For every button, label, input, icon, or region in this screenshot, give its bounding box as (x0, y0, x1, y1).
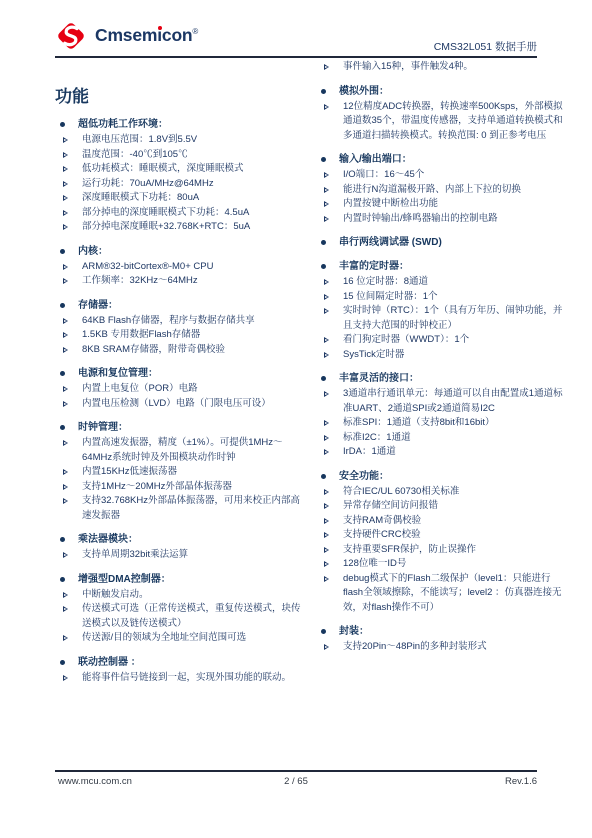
group-heading-text: 增强型DMA控制器： (78, 572, 171, 587)
feature-item: 64KB Flash存储器，程序与数据存储共享 (55, 314, 305, 329)
feature-item: 支持单周期32bit乘法运算 (55, 548, 305, 563)
brand-letter-i-red-dot: i (157, 25, 162, 45)
feature-group: 模拟外围：12位精度ADC转换器，转换速率500Ksps，外部模拟通道数35个，… (316, 84, 564, 144)
feature-group: 丰富的定时器：16 位定时器：8通道15 位间隔定时器：1个实时时钟（RTC）：… (316, 259, 564, 362)
feature-item-text: 能将事件信号链接到一起，实现外围功能的联动。 (82, 671, 305, 686)
feature-item: 支持重要SFR保护，防止误操作 (316, 543, 564, 558)
feature-item: 内置15KHz低速振荡器 (55, 465, 305, 480)
feature-item: 传送模式可选（正常传送模式，重复传送模式，块传送模式以及链传送模式） (55, 602, 305, 631)
feature-item: 16 位定时器：8通道 (316, 275, 564, 290)
group-heading: 丰富灵活的接口： (316, 371, 564, 386)
feature-item: 内置高速发振器，精度（±1%）。可提供1MHz～64MHz系统时钟及外围模块动作… (55, 436, 305, 465)
group-heading: 存储器： (55, 298, 305, 313)
feature-item: SysTick定时器 (316, 348, 564, 363)
feature-item-text: 12位精度ADC转换器，转换速率500Ksps，外部模拟通道数35个，带温度传感… (343, 100, 564, 144)
group-heading-text: 丰富灵活的接口： (339, 371, 419, 386)
header-logo: Cmsemicon® (54, 17, 198, 55)
group-heading-text: 安全功能： (339, 469, 389, 484)
feature-item: 3通道串行通讯单元：每通道可以自由配置成1通道标准UART、2通道SPI或2通道… (316, 387, 564, 416)
feature-item: 内置上电复位（POR）电路 (55, 382, 305, 397)
feature-group: 封装：支持20Pin～48Pin的多种封装形式 (316, 624, 564, 655)
group-heading-text: 联动控制器 ： (78, 655, 141, 670)
group-heading: 乘法器模块： (55, 532, 305, 547)
group-heading-text: 输入/输出端口： (339, 152, 412, 167)
feature-item: 128位唯一ID号 (316, 557, 564, 572)
feature-item-text: 内置高速发振器，精度（±1%）。可提供1MHz～64MHz系统时钟及外围模块动作… (82, 436, 305, 465)
feature-item: 支持RAM奇偶校验 (316, 514, 564, 529)
feature-group: 输入/输出端口：I/O端口：16～45个能进行N沟道漏极开路、内部上下拉的切换内… (316, 152, 564, 226)
feature-item-text: 工作频率：32KHz～64MHz (82, 274, 305, 289)
feature-item: 8KB SRAM存储器，附带奇偶校验 (55, 343, 305, 358)
feature-item-text: 标准SPI：1通道（支持8bit和16bit） (343, 416, 564, 431)
feature-item-text: 支持20Pin～48Pin的多种封装形式 (343, 640, 564, 655)
feature-item-text: 事件输入15种，事件触发4种。 (343, 60, 564, 75)
feature-item-text: 128位唯一ID号 (343, 557, 564, 572)
group-heading-text: 电源和复位管理： (78, 366, 158, 381)
feature-item-text: 异常存储空间访问报错 (343, 499, 564, 514)
feature-item-text: 3通道串行通讯单元：每通道可以自由配置成1通道标准UART、2通道SPI或2通道… (343, 387, 564, 416)
feature-group: 联动控制器 ：能将事件信号链接到一起，实现外围功能的联动。 (55, 655, 305, 686)
group-heading-text: 时钟管理： (78, 420, 128, 435)
footer-revision: Rev.1.6 (505, 776, 537, 787)
feature-item-text: 支持硬件CRC校验 (343, 528, 564, 543)
feature-item: 支持20Pin～48Pin的多种封装形式 (316, 640, 564, 655)
feature-group: 超低功耗工作环境：电源电压范围：1.8V到5.5V温度范围：-40℃到105℃低… (55, 117, 305, 235)
feature-item-text: 支持RAM奇偶校验 (343, 514, 564, 529)
feature-item: ARM®32-bitCortex®-M0+ CPU (55, 260, 305, 275)
feature-item: IrDA：1通道 (316, 445, 564, 460)
feature-item: 低功耗模式：睡眠模式，深度睡眠模式 (55, 162, 305, 177)
feature-item-text: 内置电压检测（LVD）电路（门限电压可设） (82, 397, 305, 412)
group-heading: 封装： (316, 624, 564, 639)
feature-item: 符合IEC/UL 60730相关标准 (316, 485, 564, 500)
feature-item: 1.5KB 专用数据Flash存储器 (55, 328, 305, 343)
brand-text-prefix: Cmsem (95, 25, 157, 45)
group-heading: 串行两线调试器 (SWD) (316, 235, 564, 250)
feature-item: 深度睡眠模式下功耗：80uA (55, 191, 305, 206)
document-title: CMS32L051 数据手册 (434, 39, 537, 54)
group-heading-text: 丰富的定时器： (339, 259, 409, 274)
feature-item: 传送源/目的领域为全地址空间范围可选 (55, 631, 305, 646)
feature-item: 事件输入15种，事件触发4种。 (316, 60, 564, 75)
feature-group: 串行两线调试器 (SWD) (316, 235, 564, 250)
feature-group: 内核：ARM®32-bitCortex®-M0+ CPU工作频率：32KHz～6… (55, 244, 305, 289)
feature-item: 中断触发启动。 (55, 588, 305, 603)
feature-item-text: 内置上电复位（POR）电路 (82, 382, 305, 397)
feature-group: 存储器：64KB Flash存储器，程序与数据存储共享1.5KB 专用数据Fla… (55, 298, 305, 358)
feature-item: 支持硬件CRC校验 (316, 528, 564, 543)
feature-item-text: debug模式下的Flash二级保护（level1：只能进行flash全领域擦除… (343, 572, 564, 616)
feature-item-text: 15 位间隔定时器：1个 (343, 290, 564, 305)
group-heading-text: 乘法器模块： (78, 532, 138, 547)
feature-item-text: 低功耗模式：睡眠模式，深度睡眠模式 (82, 162, 305, 177)
brand-wordmark: Cmsemicon® (95, 27, 198, 45)
feature-item-text: 支持单周期32bit乘法运算 (82, 548, 305, 563)
group-heading-text: 存储器： (78, 298, 118, 313)
feature-item-text: 支持32.768KHz外部晶体振荡器，可用来校正内部高速发振器 (82, 494, 305, 523)
group-heading: 电源和复位管理： (55, 366, 305, 381)
group-heading: 丰富的定时器： (316, 259, 564, 274)
feature-item-text: 运行功耗：70uA/MHz@64MHz (82, 177, 305, 192)
registered-trademark-icon: ® (192, 27, 198, 36)
group-heading-text: 串行两线调试器 (SWD) (339, 235, 442, 250)
feature-item: 能将事件信号链接到一起，实现外围功能的联动。 (55, 671, 305, 686)
feature-item: 支持32.768KHz外部晶体振荡器，可用来校正内部高速发振器 (55, 494, 305, 523)
feature-item-text: 内置按键中断检出功能 (343, 197, 564, 212)
feature-item-text: 支持重要SFR保护，防止误操作 (343, 543, 564, 558)
feature-item-text: 内置时钟输出/蜂鸣器输出的控制电路 (343, 212, 564, 227)
group-heading-text: 模拟外围： (339, 84, 389, 99)
footer-page-indicator: 2 / 65 (55, 776, 537, 787)
datasheet-page: Cmsemicon® CMS32L051 数据手册 功能 超低功耗工作环境：电源… (0, 0, 592, 838)
feature-item-text: 传送源/目的领域为全地址空间范围可选 (82, 631, 305, 646)
feature-item: 标准SPI：1通道（支持8bit和16bit） (316, 416, 564, 431)
feature-group: 电源和复位管理：内置上电复位（POR）电路内置电压检测（LVD）电路（门限电压可… (55, 366, 305, 411)
feature-item: 标准I2C：1通道 (316, 431, 564, 446)
feature-group: 增强型DMA控制器：中断触发启动。传送模式可选（正常传送模式，重复传送模式，块传… (55, 572, 305, 646)
feature-item: 看门狗定时器（WWDT）：1个 (316, 333, 564, 348)
feature-item: 内置电压检测（LVD）电路（门限电压可设） (55, 397, 305, 412)
feature-item: 部分掉电深度睡眠+32.768K+RTC：5uA (55, 220, 305, 235)
group-heading: 模拟外围： (316, 84, 564, 99)
feature-item-text: 支持1MHz～20MHz外部晶体振荡器 (82, 480, 305, 495)
group-heading: 超低功耗工作环境： (55, 117, 305, 132)
feature-item: 温度范围：-40℃到105℃ (55, 148, 305, 163)
group-heading-text: 内核： (78, 244, 108, 259)
feature-group: 乘法器模块：支持单周期32bit乘法运算 (55, 532, 305, 563)
feature-item: 内置时钟输出/蜂鸣器输出的控制电路 (316, 212, 564, 227)
feature-item: 运行功耗：70uA/MHz@64MHz (55, 177, 305, 192)
cmsemicon-logo-icon (54, 19, 88, 53)
group-heading: 安全功能： (316, 469, 564, 484)
feature-group: 安全功能：符合IEC/UL 60730相关标准异常存储空间访问报错支持RAM奇偶… (316, 469, 564, 616)
page-title: 功能 (55, 86, 305, 108)
feature-item-text: 64KB Flash存储器，程序与数据存储共享 (82, 314, 305, 329)
feature-item-text: ARM®32-bitCortex®-M0+ CPU (82, 260, 305, 275)
feature-item-text: 符合IEC/UL 60730相关标准 (343, 485, 564, 500)
feature-item-text: 温度范围：-40℃到105℃ (82, 148, 305, 163)
feature-group: 事件输入15种，事件触发4种。 (316, 60, 564, 75)
feature-column: 功能 超低功耗工作环境：电源电压范围：1.8V到5.5V温度范围：-40℃到10… (55, 86, 305, 694)
feature-item: 15 位间隔定时器：1个 (316, 290, 564, 305)
group-heading: 时钟管理： (55, 420, 305, 435)
feature-item: 支持1MHz～20MHz外部晶体振荡器 (55, 480, 305, 495)
group-heading-text: 超低功耗工作环境： (78, 117, 168, 132)
feature-item: 电源电压范围：1.8V到5.5V (55, 133, 305, 148)
feature-group: 丰富灵活的接口：3通道串行通讯单元：每通道可以自由配置成1通道标准UART、2通… (316, 371, 564, 460)
feature-item: 实时时钟（RTC）：1个（具有万年历、闹钟功能，并且支持大范围的时钟校正） (316, 304, 564, 333)
feature-item-text: 深度睡眠模式下功耗：80uA (82, 191, 305, 206)
feature-group: 时钟管理：内置高速发振器，精度（±1%）。可提供1MHz～64MHz系统时钟及外… (55, 420, 305, 523)
footer-rule (55, 770, 537, 772)
feature-item-text: 能进行N沟道漏极开路、内部上下拉的切换 (343, 183, 564, 198)
feature-item-text: 部分掉电的深度睡眠模式下功耗：4.5uA (82, 206, 305, 221)
feature-item-text: IrDA：1通道 (343, 445, 564, 460)
group-heading: 内核： (55, 244, 305, 259)
header-rule (55, 56, 537, 58)
feature-item: 12位精度ADC转换器，转换速率500Ksps，外部模拟通道数35个，带温度传感… (316, 100, 564, 144)
feature-item-text: 1.5KB 专用数据Flash存储器 (82, 328, 305, 343)
feature-item: 工作频率：32KHz～64MHz (55, 274, 305, 289)
feature-item-text: 实时时钟（RTC）：1个（具有万年历、闹钟功能，并且支持大范围的时钟校正） (343, 304, 564, 333)
feature-item-text: SysTick定时器 (343, 348, 564, 363)
feature-item: 内置按键中断检出功能 (316, 197, 564, 212)
feature-item-text: 内置15KHz低速振荡器 (82, 465, 305, 480)
feature-item-text: 传送模式可选（正常传送模式，重复传送模式，块传送模式以及链传送模式） (82, 602, 305, 631)
feature-item-text: I/O端口：16～45个 (343, 168, 564, 183)
feature-item: debug模式下的Flash二级保护（level1：只能进行flash全领域擦除… (316, 572, 564, 616)
group-heading-text: 封装： (339, 624, 369, 639)
brand-text-suffix: con (162, 25, 193, 45)
feature-item: I/O端口：16～45个 (316, 168, 564, 183)
feature-item-text: 部分掉电深度睡眠+32.768K+RTC：5uA (82, 220, 305, 235)
feature-item-text: 16 位定时器：8通道 (343, 275, 564, 290)
feature-column: 事件输入15种，事件触发4种。模拟外围：12位精度ADC转换器，转换速率500K… (316, 60, 564, 664)
feature-item: 部分掉电的深度睡眠模式下功耗：4.5uA (55, 206, 305, 221)
feature-item: 能进行N沟道漏极开路、内部上下拉的切换 (316, 183, 564, 198)
feature-item-text: 看门狗定时器（WWDT）：1个 (343, 333, 564, 348)
feature-item-text: 电源电压范围：1.8V到5.5V (82, 133, 305, 148)
group-heading: 输入/输出端口： (316, 152, 564, 167)
feature-item-text: 8KB SRAM存储器，附带奇偶校验 (82, 343, 305, 358)
group-heading: 增强型DMA控制器： (55, 572, 305, 587)
feature-item: 异常存储空间访问报错 (316, 499, 564, 514)
feature-item-text: 标准I2C：1通道 (343, 431, 564, 446)
group-heading: 联动控制器 ： (55, 655, 305, 670)
feature-item-text: 中断触发启动。 (82, 588, 305, 603)
